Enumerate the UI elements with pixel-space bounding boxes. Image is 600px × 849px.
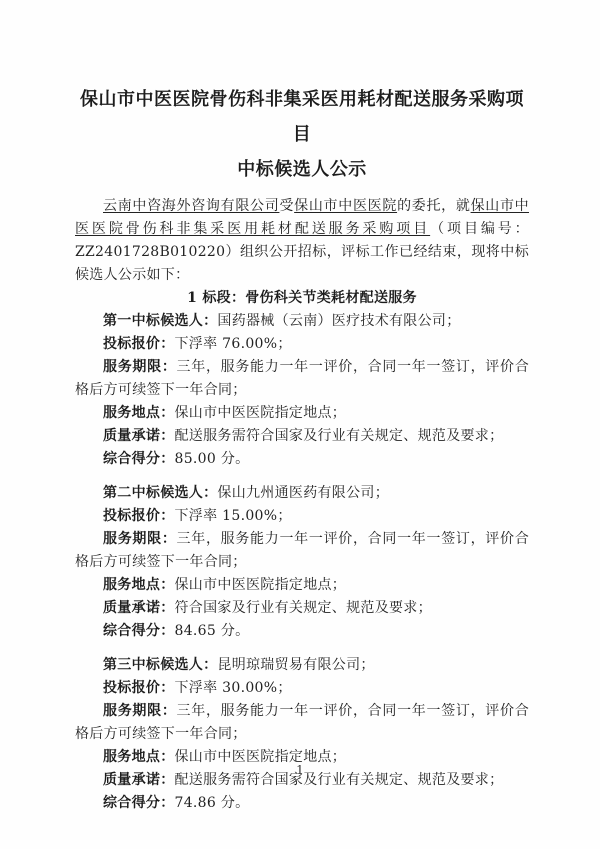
- intro-conjunction-1: 受: [279, 198, 294, 214]
- field-label: 投标报价：: [103, 680, 175, 696]
- candidate-block-2: 第二中标候选人：保山九州通医药有限公司； 投标报价：下浮率 15.00%； 服务…: [75, 482, 529, 643]
- field-label: 质量承诺：: [103, 428, 175, 444]
- field-label: 服务期限：: [103, 703, 177, 719]
- client-name: 保山市中医医院: [294, 198, 397, 214]
- candidate-field: 投标报价：下浮率 15.00%；: [75, 505, 529, 528]
- candidate-field: 服务地点：保山市中医医院指定地点；: [75, 574, 529, 597]
- candidate-field: 投标报价：下浮率 30.00%；: [75, 677, 529, 700]
- lot-section-heading: 1 标段：骨伤科关节类耗材配送服务: [75, 287, 529, 310]
- field-label: 第二中标候选人：: [103, 485, 217, 501]
- intro-conjunction-2: 的委托，就: [397, 198, 471, 214]
- field-value: 下浮率 76.00%；: [175, 336, 292, 352]
- candidate-field: 质量承诺：符合国家及行业有关规定、规范及要求；: [75, 597, 529, 620]
- field-value: 保山市中医医院指定地点；: [175, 577, 347, 593]
- agency-name: 云南中咨海外咨询有限公司: [103, 198, 279, 214]
- candidate-field: 服务期限：三年，服务能力一年一评价，合同一年一签订，评价合格后方可续签下一年合同…: [75, 356, 529, 402]
- field-value: 配送服务需符合国家及行业有关规定、规范及要求；: [175, 428, 504, 444]
- candidate-field: 服务期限：三年，服务能力一年一评价，合同一年一签订，评价合格后方可续签下一年合同…: [75, 700, 529, 746]
- candidate-field: 投标报价：下浮率 76.00%；: [75, 333, 529, 356]
- field-value: 符合国家及行业有关规定、规范及要求；: [175, 600, 432, 616]
- field-value: 保山市中医医院指定地点；: [175, 405, 347, 421]
- field-value: 保山九州通医药有限公司；: [217, 485, 389, 501]
- field-label: 服务期限：: [103, 531, 177, 547]
- field-label: 第一中标候选人：: [103, 313, 217, 329]
- field-label: 综合得分：: [103, 451, 175, 467]
- field-label: 综合得分：: [103, 795, 175, 811]
- candidate-field: 服务期限：三年，服务能力一年一评价，合同一年一签订，评价合格后方可续签下一年合同…: [75, 528, 529, 574]
- field-value: 国药器械（云南）医疗技术有限公司；: [217, 313, 460, 329]
- field-value: 74.86 分。: [175, 795, 250, 811]
- field-value: 下浮率 30.00%；: [175, 680, 292, 696]
- candidate-field: 质量承诺：配送服务需符合国家及行业有关规定、规范及要求；: [75, 425, 529, 448]
- candidate-field: 第一中标候选人：国药器械（云南）医疗技术有限公司；: [75, 310, 529, 333]
- candidate-block-1: 第一中标候选人：国药器械（云南）医疗技术有限公司； 投标报价：下浮率 76.00…: [75, 310, 529, 471]
- field-label: 服务地点：: [103, 577, 175, 593]
- candidate-field: 综合得分：85.00 分。: [75, 448, 529, 471]
- field-value: 下浮率 15.00%；: [175, 508, 292, 524]
- intro-paragraph: 云南中咨海外咨询有限公司受保山市中医医院的委托，就保山市中医医院骨伤科非集采医用…: [75, 195, 529, 287]
- field-label: 投标报价：: [103, 508, 175, 524]
- field-value: 85.00 分。: [175, 451, 250, 467]
- field-label: 综合得分：: [103, 623, 175, 639]
- field-label: 质量承诺：: [103, 600, 175, 616]
- candidate-field: 服务地点：保山市中医医院指定地点；: [75, 402, 529, 425]
- title-line-2: 中标候选人公示: [75, 152, 529, 187]
- field-label: 服务地点：: [103, 405, 175, 421]
- field-label: 服务期限：: [103, 359, 177, 375]
- field-label: 第三中标候选人：: [103, 657, 217, 673]
- candidate-field: 第二中标候选人：保山九州通医药有限公司；: [75, 482, 529, 505]
- field-value: 84.65 分。: [175, 623, 250, 639]
- document-title: 保山市中医医院骨伤科非集采医用耗材配送服务采购项目 中标候选人公示: [75, 82, 529, 187]
- candidate-field: 第三中标候选人：昆明琼瑞贸易有限公司；: [75, 654, 529, 677]
- title-line-1: 保山市中医医院骨伤科非集采医用耗材配送服务采购项目: [75, 82, 529, 152]
- page-number: 1: [0, 763, 600, 777]
- candidate-field: 综合得分：84.65 分。: [75, 620, 529, 643]
- document-page: 保山市中医医院骨伤科非集采医用耗材配送服务采购项目 中标候选人公示 云南中咨海外…: [0, 0, 600, 849]
- candidate-block-3: 第三中标候选人：昆明琼瑞贸易有限公司； 投标报价：下浮率 30.00%； 服务期…: [75, 654, 529, 815]
- field-value: 昆明琼瑞贸易有限公司；: [217, 657, 374, 673]
- candidate-field: 综合得分：74.86 分。: [75, 792, 529, 815]
- field-label: 投标报价：: [103, 336, 175, 352]
